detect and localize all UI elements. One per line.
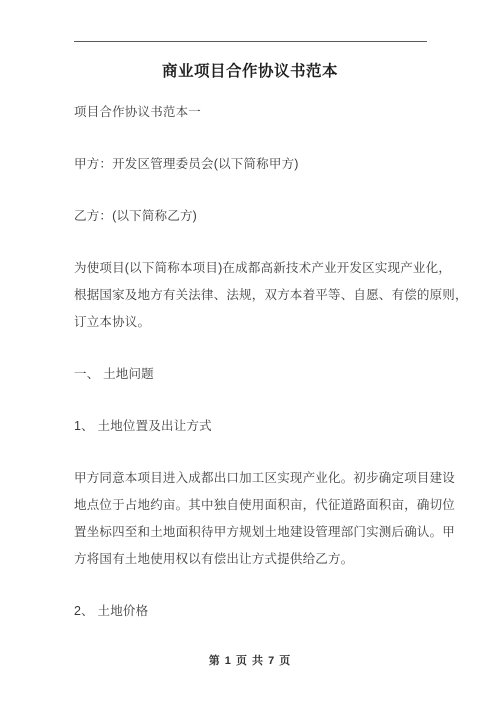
paragraph-line: 2、 土地价格 [74,598,430,625]
page-number-label: 第 1 页 共 7 页 [209,655,292,667]
paragraph-line: 置坐标四至和土地面积待甲方规划土地建设管理部门实测后确认。甲 [74,519,430,546]
paragraph-line: 地点位于占地约亩。其中独自使用面积亩，代征道路面积亩，确切位 [74,492,430,519]
paragraph: 项目合作协议书范本一 [74,99,430,126]
paragraph: 甲方：开发区管理委员会(以下简称甲方) [74,151,430,178]
paragraph-line: 甲方：开发区管理委员会(以下简称甲方) [74,151,430,178]
paragraph-line: 方将国有土地使用权以有偿出让方式提供给乙方。 [74,546,430,573]
paragraph-line: 甲方同意本项目进入成都出口加工区实现产业化。初步确定项目建设 [74,465,430,492]
paragraph: 乙方：(以下简称乙方) [74,203,430,230]
paragraph-line: 订立本协议。 [74,309,430,336]
paragraph-line: 项目合作协议书范本一 [74,99,430,126]
paragraph-line: 一、 土地问题 [74,361,430,388]
paragraph: 2、 土地价格 [74,598,430,625]
paragraph-line: 1、 土地位置及出让方式 [74,413,430,440]
document-body: 项目合作协议书范本一甲方：开发区管理委员会(以下简称甲方)乙方：(以下简称乙方)… [74,99,430,625]
paragraph: 为使项目(以下简称本项目)在成都高新技术产业开发区实现产业化，根据国家及地方有关… [74,255,430,336]
document-page: 商业项目合作协议书范本 项目合作协议书范本一甲方：开发区管理委员会(以下简称甲方… [0,0,500,707]
page-footer: 第 1 页 共 7 页 [0,650,500,672]
paragraph: 1、 土地位置及出让方式 [74,413,430,440]
paragraph-line: 乙方：(以下简称乙方) [74,203,430,230]
paragraph: 一、 土地问题 [74,361,430,388]
header-rule [74,41,427,42]
paragraph-line: 根据国家及地方有关法律、法规，双方本着平等、自愿、有偿的原则， [74,282,430,309]
page-title: 商业项目合作协议书范本 [74,59,426,85]
paragraph: 甲方同意本项目进入成都出口加工区实现产业化。初步确定项目建设地点位于占地约亩。其… [74,465,430,573]
paragraph-line: 为使项目(以下简称本项目)在成都高新技术产业开发区实现产业化， [74,255,430,282]
